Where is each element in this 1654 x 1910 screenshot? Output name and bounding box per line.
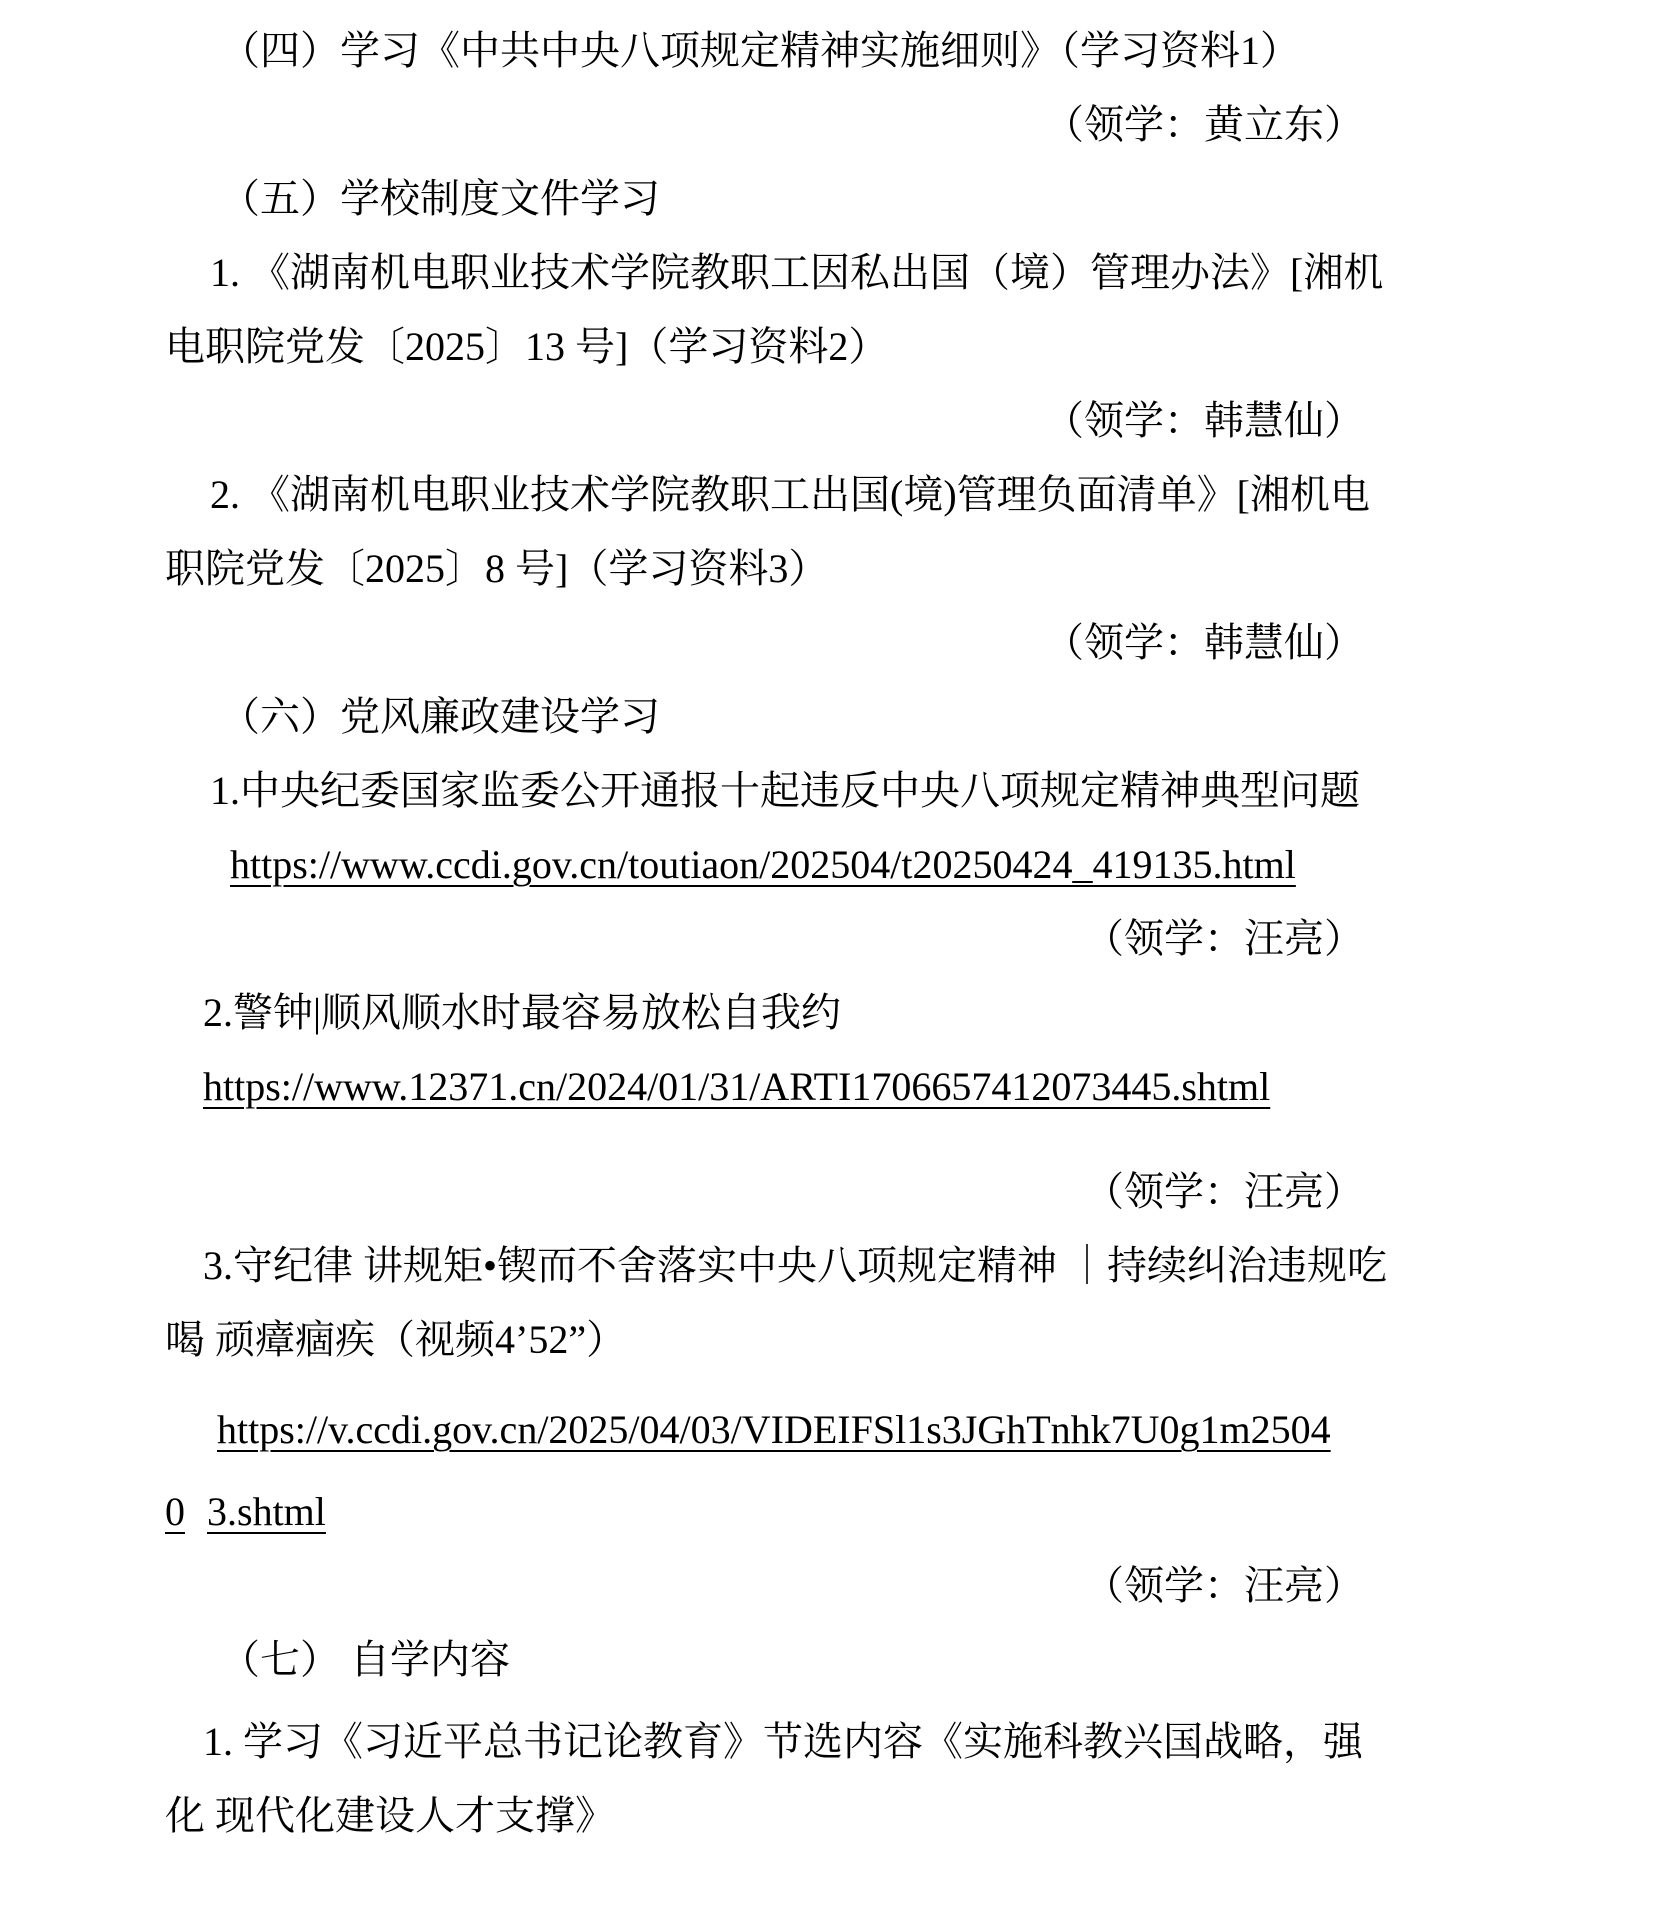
- study-item-school-doc-1: 1. 《湖南机电职业技术学院教职工因私出国（境）管理办法》[湘机: [165, 236, 1494, 310]
- study-item-school-doc-2: 2. 《湖南机电职业技术学院教职工出国(境)管理负面清单》[湘机电: [165, 458, 1494, 532]
- leader-note-hanhuixian-2: （领学：韩慧仙）: [165, 606, 1494, 680]
- section-heading-four: （四）学习《中共中央八项规定精神实施细则》（学习资料1）: [165, 14, 1494, 88]
- study-item-discipline-video-cont: 喝 顽瘴痼疾（视频4’52”）: [165, 1303, 1494, 1377]
- url-link-vccdi[interactable]: https://v.ccdi.gov.cn/2025/04/03/VIDEIFS…: [165, 1393, 1494, 1467]
- study-item-school-doc-1-cont: 电职院党发〔2025〕13 号]（学习资料2）: [165, 310, 1494, 384]
- section-heading-seven: （七） 自学内容: [165, 1623, 1494, 1697]
- self-study-item-1: 1. 学习《习近平总书记论教育》节选内容《实施科教兴国战略，强: [165, 1705, 1494, 1779]
- study-item-school-doc-2-cont: 职院党发〔2025〕8 号]（学习资料3）: [165, 532, 1494, 606]
- leader-note-wangliang-1: （领学：汪亮）: [165, 902, 1494, 976]
- study-item-discipline-video: 3.守纪律 讲规矩•锲而不舍落实中央八项规定精神 ｜持续纠治违规吃: [165, 1229, 1494, 1303]
- leader-note-wangliang-3: （领学：汪亮）: [165, 1549, 1494, 1623]
- url-link-ccdi[interactable]: https://www.ccdi.gov.cn/toutiaon/202504/…: [165, 828, 1494, 902]
- url-link-vccdi-line1[interactable]: https://v.ccdi.gov.cn/2025/04/03/VIDEIFS…: [217, 1407, 1331, 1452]
- leader-note-wangliang-2: （领学：汪亮）: [165, 1155, 1494, 1229]
- url-link-vccdi-part1[interactable]: 0: [165, 1489, 185, 1534]
- leader-note-hanhuixian-1: （领学：韩慧仙）: [165, 384, 1494, 458]
- self-study-item-1-cont: 化 现代化建设人才支撑》: [165, 1779, 1494, 1853]
- section-heading-six: （六）党风廉政建设学习: [165, 680, 1494, 754]
- section-heading-five: （五）学校制度文件学习: [165, 162, 1494, 236]
- url-link-12371[interactable]: https://www.12371.cn/2024/01/31/ARTI1706…: [165, 1050, 1494, 1124]
- url-link-vccdi-cont[interactable]: 03.shtml: [165, 1475, 1494, 1549]
- leader-note-huanglidong: （领学：黄立东）: [165, 88, 1494, 162]
- url-link-vccdi-part2[interactable]: 3.shtml: [207, 1489, 326, 1534]
- document-page: （四）学习《中共中央八项规定精神实施细则》（学习资料1） （领学：黄立东） （五…: [0, 0, 1654, 1910]
- study-item-ccdi-report: 1.中央纪委国家监委公开通报十起违反中央八项规定精神典型问题: [165, 754, 1494, 828]
- study-item-jingzhong: 2.警钟|顺风顺水时最容易放松自我约: [165, 976, 1494, 1050]
